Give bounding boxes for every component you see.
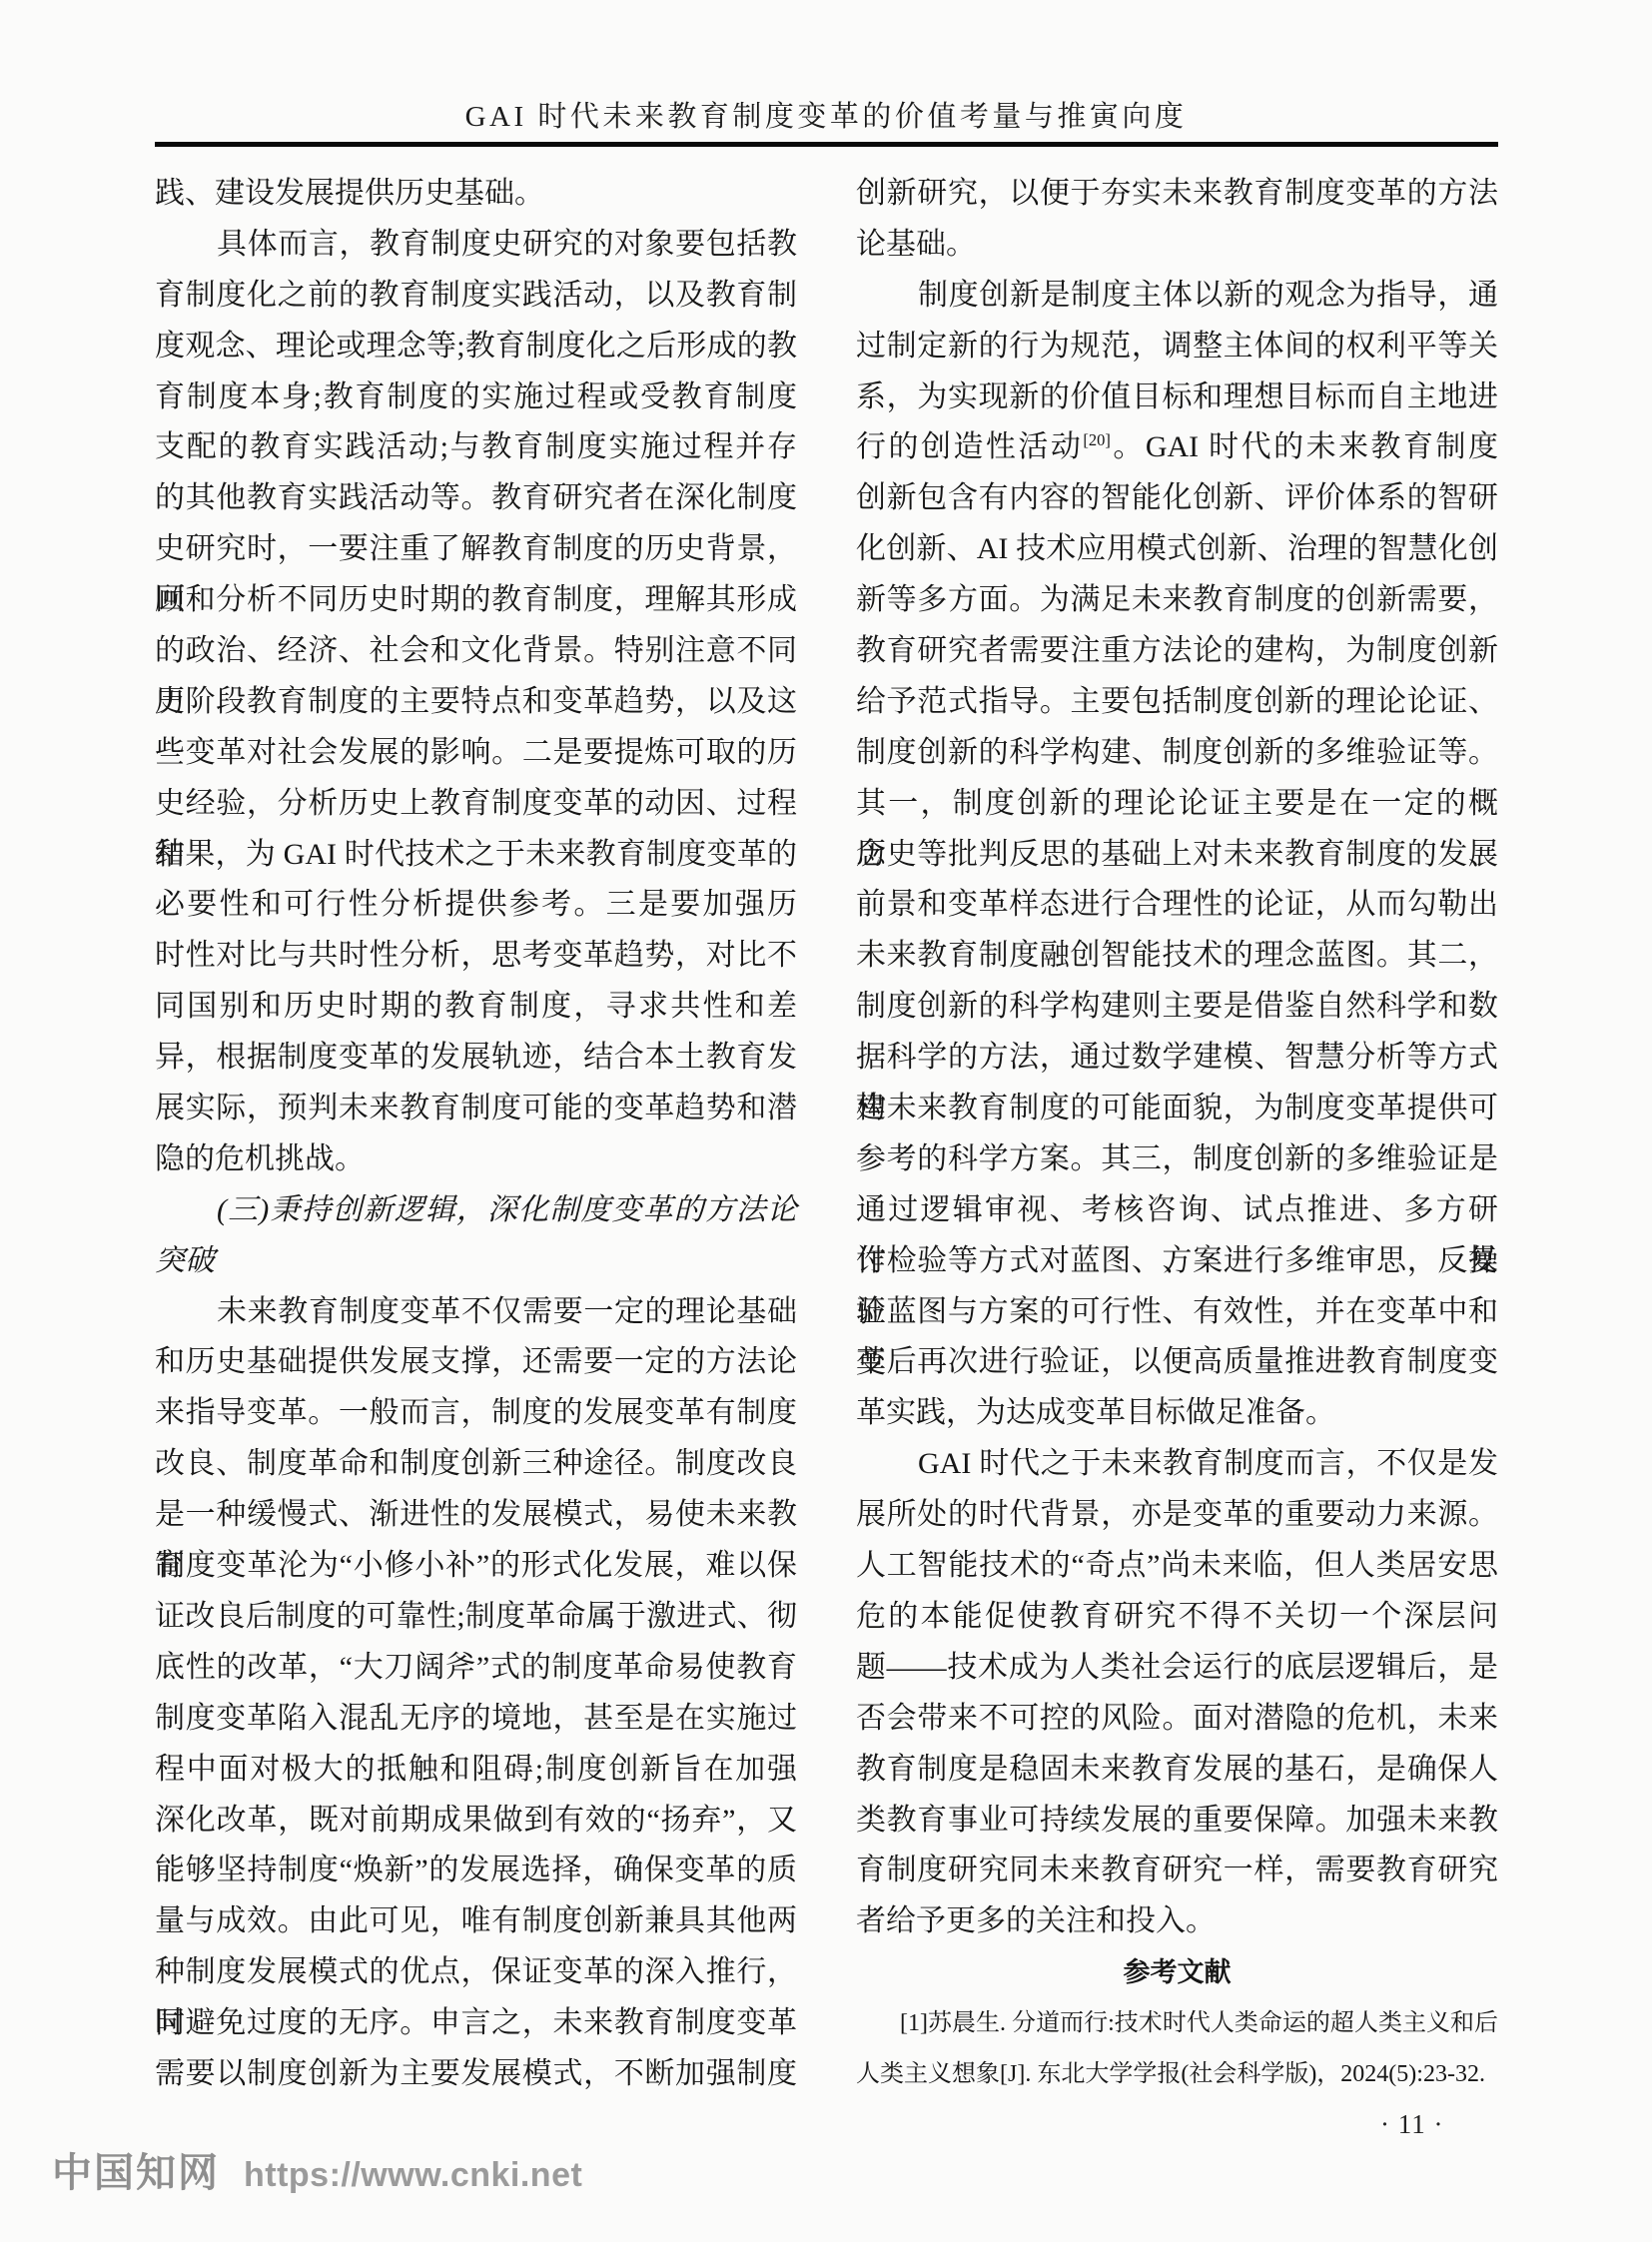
article-body: 践、建设发展提供历史基础。具体而言，教育制度史研究的对象要包括教育制度化之前的教… <box>155 169 1498 2100</box>
text-line: 人类主义想象[J]. 东北大学学报(社会科学版)，2024(5):23-32. <box>856 2049 1498 2100</box>
text-line: 革后再次进行验证，以便高质量推进教育制度变 <box>856 1337 1498 1388</box>
text-line: 制度创新是制度主体以新的观念为指导，通 <box>856 271 1498 322</box>
left-column: 践、建设发展提供历史基础。具体而言，教育制度史研究的对象要包括教育制度化之前的教… <box>155 169 797 2100</box>
text-line: 否会带来不可控的风险。面对潜隐的危机，未来 <box>856 1694 1498 1745</box>
text-line: 者给予更多的关注和投入。 <box>856 1896 1498 1947</box>
text-line: 危的本能促使教育研究不得不关切一个深层问 <box>856 1592 1498 1643</box>
text-line: 突破 <box>155 1236 797 1287</box>
text-line: 论基础。 <box>856 220 1498 271</box>
text-line: 需要以制度创新为主要发展模式，不断加强制度 <box>155 2049 797 2100</box>
text-line: 支配的教育实践活动;与教育制度实施过程并存 <box>155 422 797 473</box>
text-line: 改良、制度革命和制度创新三种途径。制度改良 <box>155 1439 797 1490</box>
text-line: 制度变革陷入混乱无序的境地，甚至是在实施过 <box>155 1694 797 1745</box>
text-line: 系，为实现新的价值目标和理想目标而自主地进 <box>856 373 1498 423</box>
text-line: 时避免过度的无序。申言之，未来教育制度变革 <box>155 1998 797 2049</box>
text-line: GAI 时代之于未来教育制度而言，不仅是发 <box>856 1439 1498 1490</box>
text-line: 通过逻辑审视、考核咨询、试点推进、多方研讨、操 <box>856 1185 1498 1236</box>
text-line: 参考的科学方案。其三，制度创新的多维验证是 <box>856 1134 1498 1185</box>
text-line: 教育研究者需要注重方法论的建构，为制度创新 <box>856 626 1498 677</box>
footer-watermark: 中国知网https://www.cnki.net <box>52 2141 582 2198</box>
text-line: 底性的改革，“大刀阔斧”式的制度革命易使教育 <box>155 1643 797 1694</box>
text-line: 展实际，预判未来教育制度可能的变革趋势和潜 <box>155 1084 797 1134</box>
text-line: 度观念、理论或理念等;教育制度化之后形成的教 <box>155 322 797 373</box>
text-line: 种制度发展模式的优点，保证变革的深入推行，同 <box>155 1947 797 1998</box>
text-line: 能够坚持制度“焕新”的发展选择，确保变革的质 <box>155 1846 797 1896</box>
text-line: 来指导变革。一般而言，制度的发展变革有制度 <box>155 1388 797 1439</box>
text-line: 新等多方面。为满足未来教育制度的创新需要， <box>856 575 1498 626</box>
right-column: 创新研究，以便于夯实未来教育制度变革的方法论基础。制度创新是制度主体以新的观念为… <box>856 169 1498 2100</box>
text-line: 和历史基础提供发展支撑，还需要一定的方法论 <box>155 1337 797 1388</box>
text-line: 类教育事业可持续发展的重要保障。加强未来教 <box>856 1796 1498 1847</box>
text-line: 史经验，分析历史上教育制度变革的动因、过程和 <box>155 779 797 830</box>
text-line: 具体而言，教育制度史研究的对象要包括教 <box>155 220 797 271</box>
text-line: 行的创造性活动[20]。GAI 时代的未来教育制度 <box>856 422 1498 473</box>
text-line: 同国别和历史时期的教育制度，寻求共性和差 <box>155 982 797 1033</box>
text-line: 创新包含有内容的智能化创新、评价体系的智研 <box>856 473 1498 524</box>
text-line: 的政治、经济、社会和文化背景。特别注意不同历 <box>155 626 797 677</box>
text-line: 展所处的时代背景，亦是变革的重要动力来源。 <box>856 1490 1498 1541</box>
text-line: 的其他教育实践活动等。教育研究者在深化制度 <box>155 473 797 524</box>
text-line: 给予范式指导。主要包括制度创新的理论论证、 <box>856 677 1498 728</box>
text-line: 史研究时，一要注重了解教育制度的历史背景，回 <box>155 524 797 575</box>
text-line: 题——技术成为人类社会运行的底层逻辑后，是 <box>856 1643 1498 1694</box>
text-line: 隐的危机挑战。 <box>155 1134 797 1185</box>
text-line: 顾和分析不同历史时期的教育制度，理解其形成 <box>155 575 797 626</box>
cnki-logo-text: 中国知网 <box>52 2150 220 2195</box>
text-line: 结果，为 GAI 时代技术之于未来教育制度变革的 <box>155 830 797 881</box>
text-line: 革实践，为达成变革目标做足准备。 <box>856 1388 1498 1439</box>
text-line: 程中面对极大的抵触和阻碍;制度创新旨在加强 <box>155 1745 797 1796</box>
text-line: 证改良后制度的可靠性;制度革命属于激进式、彻 <box>155 1592 797 1643</box>
header-rule <box>155 142 1498 147</box>
text-line: 育制度本身;教育制度的实施过程或受教育制度 <box>155 373 797 423</box>
text-line: 育制度化之前的教育制度实践活动，以及教育制 <box>155 271 797 322</box>
text-line: [1]苏晨生. 分道而行:技术时代人类命运的超人类主义和后 <box>856 1998 1498 2049</box>
text-line: 创新研究，以便于夯实未来教育制度变革的方法 <box>856 169 1498 220</box>
text-line: 必要性和可行性分析提供参考。三是要加强历 <box>155 880 797 931</box>
cnki-url: https://www.cnki.net <box>244 2156 582 2194</box>
text-line: 制度创新的科学构建、制度创新的多维验证等。 <box>856 728 1498 779</box>
text-line: 证蓝图与方案的可行性、有效性，并在变革中和变 <box>856 1287 1498 1338</box>
document-page: GAI 时代未来教育制度变革的价值考量与推寅向度 践、建设发展提供历史基础。具体… <box>0 0 1652 2242</box>
text-line: 未来教育制度变革不仅需要一定的理论基础 <box>155 1287 797 1338</box>
text-line: 些变革对社会发展的影响。二是要提炼可取的历 <box>155 728 797 779</box>
text-line: 作检验等方式对蓝图、方案进行多维审思，反复验 <box>856 1236 1498 1287</box>
text-line: 人工智能技术的“奇点”尚未来临，但人类居安思 <box>856 1541 1498 1592</box>
text-line: 制度变革沦为“小修小补”的形式化发展，难以保 <box>155 1541 797 1592</box>
text-line: 未来教育制度融创智能技术的理念蓝图。其二， <box>856 931 1498 982</box>
text-line: 育制度研究同未来教育研究一样，需要教育研究 <box>856 1846 1498 1896</box>
text-line: 异，根据制度变革的发展轨迹，结合本土教育发 <box>155 1033 797 1084</box>
text-line: 化创新、AI 技术应用模式创新、治理的智慧化创 <box>856 524 1498 575</box>
text-line: 构未来教育制度的可能面貌，为制度变革提供可 <box>856 1084 1498 1134</box>
text-line: 参考文献 <box>856 1947 1498 1998</box>
text-line: 其一，制度创新的理论论证主要是在一定的概念、 <box>856 779 1498 830</box>
text-line: 前景和变革样态进行合理性的论证，从而勾勒出 <box>856 880 1498 931</box>
text-line: 是一种缓慢式、渐进性的发展模式，易使未来教育 <box>155 1490 797 1541</box>
text-line: 据科学的方法，通过数学建模、智慧分析等方式建 <box>856 1033 1498 1084</box>
running-header-title: GAI 时代未来教育制度变革的价值考量与推寅向度 <box>0 94 1652 135</box>
text-line: 践、建设发展提供历史基础。 <box>155 169 797 220</box>
text-line: (三)秉持创新逻辑，深化制度变革的方法论 <box>155 1185 797 1236</box>
page-number: · 11 · <box>1380 2109 1443 2140</box>
text-line: 制度创新的科学构建则主要是借鉴自然科学和数 <box>856 982 1498 1033</box>
citation-superscript: [20] <box>1083 430 1111 449</box>
text-line: 深化改革，既对前期成果做到有效的“扬弃”，又 <box>155 1796 797 1847</box>
text-line: 时性对比与共时性分析，思考变革趋势，对比不 <box>155 931 797 982</box>
text-line: 量与成效。由此可见，唯有制度创新兼具其他两 <box>155 1896 797 1947</box>
text-line: 过制定新的行为规范，调整主体间的权利平等关 <box>856 322 1498 373</box>
text-line: 历史等批判反思的基础上对未来教育制度的发展 <box>856 830 1498 881</box>
text-line: 教育制度是稳固未来教育发展的基石，是确保人 <box>856 1745 1498 1796</box>
text-line: 史阶段教育制度的主要特点和变革趋势，以及这 <box>155 677 797 728</box>
